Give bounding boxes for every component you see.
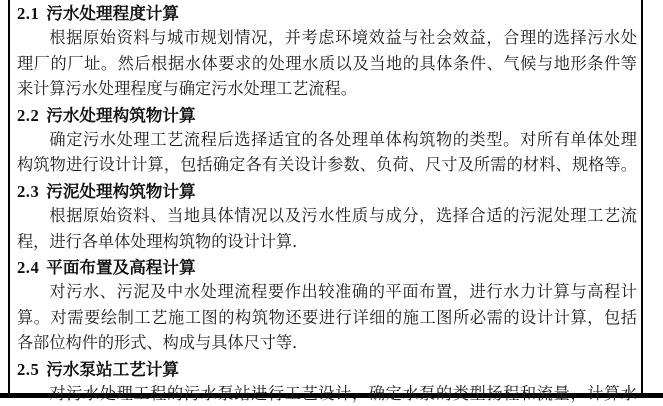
section-number: 2.3 [17, 182, 39, 201]
body-line: 构筑物进行设计计算，包括确定各有关设计参数、负荷、尺寸及所需的材料、规格等。 [17, 153, 637, 178]
document-text: 2.1污水处理程度计算 根据原始资料与城市规划情况，并考虑环境效益与社会效益，合… [17, 1, 637, 406]
section-title: 污水泵站工艺计算 [46, 360, 179, 379]
section-number: 2.2 [17, 106, 39, 125]
section-title: 平面布置及高程计算 [46, 258, 195, 277]
body-line: 来计算污水处理程度与确定污水处理工艺流程。 [17, 77, 637, 102]
body-line: 对污水处理工程的污水泵站进行工艺设计，确定水泵的类型扬程和流量，计算水 [17, 382, 637, 406]
section-number: 2.4 [17, 258, 39, 277]
frame-border-left [8, 0, 10, 394]
frame-border-right [641, 0, 643, 394]
body-line: 理厂的厂址。然后根据水体要求的处理水质以及当地的具体条件、气候与地形条件等 [17, 52, 637, 77]
body-line: 确定污水处理工艺流程后选择适宜的各处理单体构筑物的类型。对所有单体处理 [17, 128, 637, 153]
scanned-document-page: 2.1污水处理程度计算 根据原始资料与城市规划情况，并考虑环境效益与社会效益，合… [0, 0, 663, 406]
section-title: 污泥处理构筑物计算 [46, 182, 195, 201]
body-line: 根据原始资料与城市规划情况，并考虑环境效益与社会效益，合理的选择污水处 [17, 26, 637, 51]
section-heading-2-2: 2.2污水处理构筑物计算 [17, 103, 637, 128]
body-line: 程，进行各单体处理构筑物的设计计算． [17, 230, 637, 255]
section-number: 2.5 [17, 360, 39, 379]
section-title: 污水处理程度计算 [46, 4, 179, 23]
section-heading-2-4: 2.4平面布置及高程计算 [17, 255, 637, 280]
body-line: 对污水、污泥及中水处理流程要作出较准确的平面布置，进行水力计算与高程计 [17, 280, 637, 305]
body-line: 根据原始资料、当地具体情况以及污水性质与成分，选择合适的污泥处理工艺流 [17, 204, 637, 229]
section-heading-2-5: 2.5污水泵站工艺计算 [17, 357, 637, 382]
section-heading-2-1: 2.1污水处理程度计算 [17, 1, 637, 26]
section-heading-2-3: 2.3污泥处理构筑物计算 [17, 179, 637, 204]
body-line: 算。对需要绘制工艺施工图的构筑物还要进行详细的施工图所必需的设计计算，包括 [17, 306, 637, 331]
section-number: 2.1 [17, 4, 39, 23]
body-line: 各部位构件的形式、构成与具体尺寸等． [17, 331, 637, 356]
section-title: 污水处理构筑物计算 [46, 106, 195, 125]
